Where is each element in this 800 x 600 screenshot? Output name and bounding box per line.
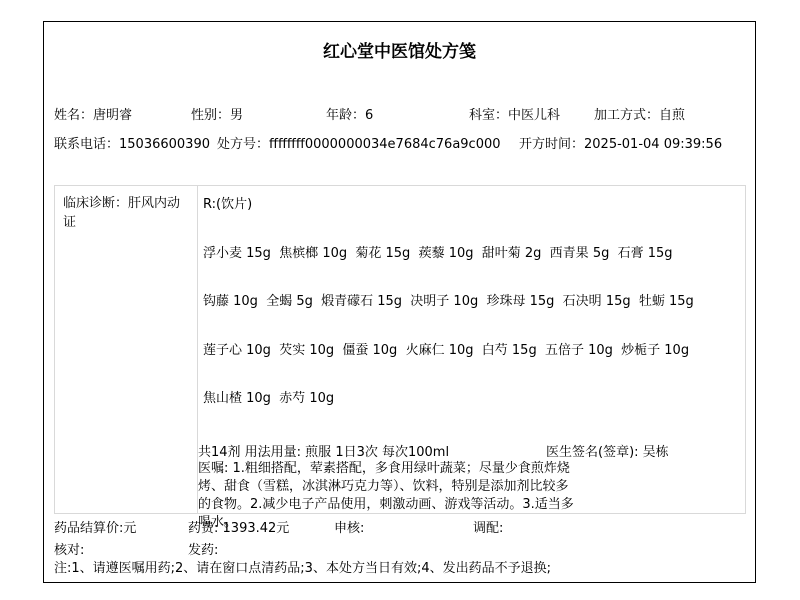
phone-value: 15036600390 [119, 137, 210, 152]
issue-time-value: 2025-01-04 09:39:56 [584, 137, 722, 152]
issue-time-field: 开方时间：2025-01-04 09:39:56 [519, 137, 722, 152]
prescription-page: 红心堂中医馆处方笺 姓名：唐明睿 性别：男 年龄：6 科室：中医儿科 加工方式：… [0, 0, 800, 600]
patient-gender-field: 性别：男 [191, 108, 243, 123]
settle-price-field: 药品结算价:元 [54, 521, 136, 536]
rx-number-value: ffffffff0000000034e7684c76a9c000 [269, 137, 501, 152]
doctor-signature-field: 医生签名(签章): 吴栋 [546, 445, 669, 460]
herb-line-2: 钩藤 10g 全蝎 5g 煅青礞石 15g 决明子 10g 珍珠母 15g 石决… [203, 294, 694, 309]
patient-gender-value: 男 [230, 108, 243, 123]
doctor-signature-value: 吴栋 [643, 445, 669, 460]
doctor-signature-label: 医生签名(签章): [546, 445, 639, 460]
patient-department-field: 科室：中医儿科 [469, 108, 560, 123]
processing-method-label: 加工方式： [594, 108, 659, 123]
phone-field: 联系电话：15036600390 [54, 137, 210, 152]
patient-age-field: 年龄：6 [326, 108, 373, 123]
medicine-fee-label: 药费: [188, 521, 218, 536]
clinical-diagnosis: 临床诊断：肝风内动 证 [63, 194, 193, 232]
patient-name-field: 姓名：唐明睿 [54, 108, 132, 123]
herb-line-4: 焦山楂 10g 赤芍 10g [203, 391, 334, 406]
patient-gender-label: 性别： [191, 108, 230, 123]
phone-label: 联系电话： [54, 137, 119, 152]
medicine-fee-field: 药费: 1393.42元 [188, 521, 289, 536]
processing-method-value: 自煎 [659, 108, 685, 123]
medicine-fee-value: 1393.42元 [223, 521, 290, 536]
rx-header: R:(饮片) [203, 197, 252, 212]
processing-method-field: 加工方式：自煎 [594, 108, 685, 123]
dispense-field: 调配: [473, 521, 503, 536]
issue-field: 发药: [188, 543, 218, 558]
patient-name-value: 唐明睿 [93, 108, 132, 123]
dosage-usage: 共14剂 用法用量: 煎服 1日3次 每次100ml [198, 445, 449, 460]
footer-note: 注:1、请遵医嘱用药;2、请在窗口点清药品;3、本处方当日有效;4、发出药品不予… [54, 561, 551, 576]
patient-age-label: 年龄： [326, 108, 365, 123]
patient-age-value: 6 [365, 108, 373, 123]
herb-line-1: 浮小麦 15g 焦槟榔 10g 菊花 15g 蒺藜 10g 甜叶菊 2g 西青果… [203, 246, 673, 261]
patient-department-value: 中医儿科 [508, 108, 560, 123]
review-field: 申核: [334, 521, 364, 536]
herb-line-3: 莲子心 10g 芡实 10g 僵蚕 10g 火麻仁 10g 白芍 15g 五倍子… [203, 343, 689, 358]
prescription-sheet: 红心堂中医馆处方笺 姓名：唐明睿 性别：男 年龄：6 科室：中医儿科 加工方式：… [43, 21, 756, 583]
check-field: 核对: [54, 543, 84, 558]
patient-department-label: 科室： [469, 108, 508, 123]
issue-time-label: 开方时间： [519, 137, 584, 152]
rx-number-label: 处方号： [217, 137, 269, 152]
page-title: 红心堂中医馆处方笺 [44, 37, 755, 62]
patient-name-label: 姓名： [54, 108, 93, 123]
rx-number-field: 处方号：ffffffff0000000034e7684c76a9c000 [217, 137, 501, 152]
